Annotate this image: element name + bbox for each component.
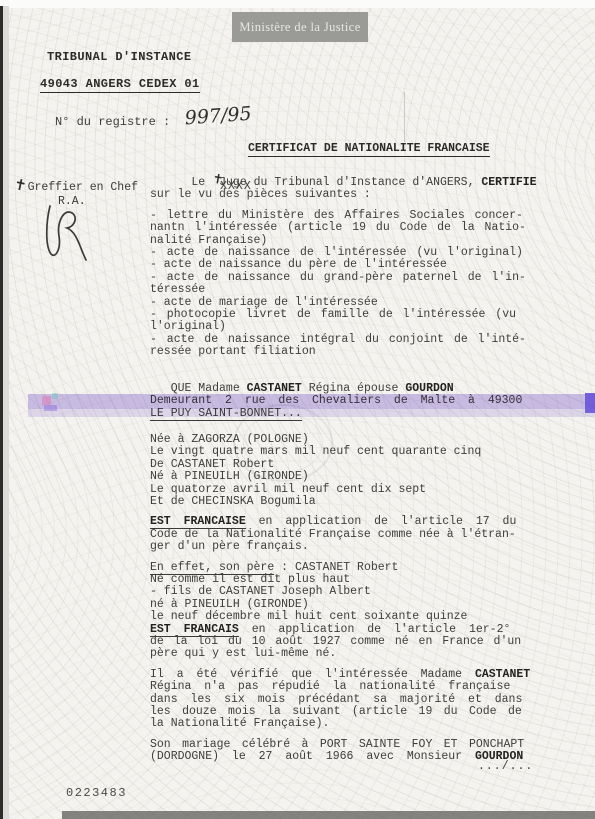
text-segment: en application de l'article 1er-2° [239,623,511,636]
text-segment: sur le vu des pièces suivantes : [150,188,371,201]
text-segment: Régina n'a pas répudié la nationalité fr… [150,680,510,693]
text-segment: Née à ZAGORZA (POLOGNE) [150,433,309,446]
text-segment: CERTIFIE [481,176,536,189]
scan-artifact-purple [44,405,57,411]
paragraph: QUE Madame CASTANET Régina épouse GOURDO… [150,383,534,420]
document-title: CERTIFICAT DE NATIONALITE FRANCAISE [248,142,490,157]
court-address: 49043 ANGERS CEDEX 01 [40,77,200,93]
text-segment: le neuf décembre mil huit cent soixante … [150,610,467,623]
paragraph: EST FRANCAISE en application de l'articl… [150,516,534,553]
text-segment: les douze mois la suivant (article 19 du… [150,705,522,718]
text-segment: GOURDON [405,382,453,395]
text-segment: (DORDOGNE) le 27 août 1966 avec Monsieur [150,750,475,763]
document-line: la Nationalité Française). [150,718,534,730]
document-line: père qui y est lui-même né. [150,648,534,660]
text-segment: ressée portant filiation [150,345,316,358]
text-segment: né à PINEUILH (GIRONDE) [150,598,309,611]
paragraph: Son mariage célébré à PORT SAINTE FOY ET… [150,739,534,764]
text-segment: - photocopie livret de famille de l'inté… [150,308,516,321]
paragraph: Née à ZAGORZA (POLOGNE)Le vingt quatre m… [150,434,534,508]
paragraph: - lettre du Ministère des Affaires Socia… [150,210,534,359]
text-segment: père qui y est lui-même né. [150,647,336,660]
text-segment: - acte de naissance du père de l'intéres… [150,258,447,271]
registry-line: N° du registre : 997/95 [55,108,252,130]
text-segment: Né à PINEUILH (GIRONDE) [150,470,309,483]
text-segment: QUE Madame [150,382,247,395]
greffier-label: Greffier en Chef [28,181,138,194]
scan-artifact-pink [42,396,51,405]
document-line: LE PUY SAINT-BONNET... [150,408,534,420]
handwritten-paraph-icon [36,202,98,268]
text-segment: - acte de naissance de l'intéressée (vu … [150,246,523,259]
text-segment: LE PUY SAINT-BONNET... [150,407,302,421]
text-segment: téressée [150,283,205,296]
text-segment: - fils de CASTANET Joseph Albert [150,585,371,598]
ministry-banner-label: Ministère de la Justice [239,20,360,35]
greffier-line: ✝Greffier en Chef [14,176,154,194]
document-line: Et de CHECINSKA Bogumila [150,496,534,508]
registry-number-handwritten: 997/95 [185,103,253,130]
text-segment: Juge [219,176,247,189]
text-segment: du Tribunal d'Instance d'ANGERS, [247,176,482,189]
text-segment: Et de CHECINSKA Bogumila [150,495,316,508]
scan-edge-bottom [62,811,595,819]
text-segment: Code de la Nationalité Française comme n… [150,528,516,541]
document-line: ressée portant filiation [150,346,534,358]
text-segment: - acte de naissance du grand-père patern… [150,271,526,284]
paper-crease [404,92,405,142]
text-segment: - lettre du Ministère des Affaires Socia… [150,209,523,222]
text-segment: Le quatorze avril mil neuf cent dix sept [150,483,426,496]
text-segment: en application de l'article 17 du [246,515,517,528]
text-segment: - acte de naissance intégral du conjoint… [150,333,526,346]
text-segment: dans les six mois précédant sa majorité … [150,693,522,706]
text-segment: Demeurant 2 rue des Chevaliers de Malte … [150,394,522,407]
text-segment: Le [150,176,212,189]
text-segment: la Nationalité Française). [150,717,329,730]
paragraph: Il a été vérifié que l'intéressée Madame… [150,669,534,731]
text-segment: - acte de mariage de l'intéressée [150,296,378,309]
court-name: TRIBUNAL D'INSTANCE [47,50,191,64]
text-segment: nantn l'intéressée (article 19 du Code d… [150,221,526,234]
text-segment: de la loi du 10 août 1927 comme né en Fr… [150,635,521,648]
document-line: Le ✝Juge du Tribunal d'Instance d'ANGERS… [150,176,534,189]
text-segment: nalité Française) [150,234,267,247]
text-segment: Le vingt quatre mars mil neuf cent quara… [150,445,481,458]
text-segment: : CASTANET Robert [274,561,398,574]
text-segment: Son mariage célébré à PORT SAINTE FOY ET… [150,738,524,751]
document-line: sur le vu des pièces suivantes : [150,189,534,201]
handwritten-cross-icon: ✝ [12,175,28,195]
scan-edge-left-light [3,6,9,819]
text-segment: GOURDON [475,750,523,763]
text-segment: Régina épouse [302,382,406,395]
highlighter-edge-blob [585,393,595,413]
text-segment: CASTANET [475,668,530,681]
scanned-certificate-page: Ministère de la Justice TRIBUNAL D'INSTA… [0,0,595,819]
text-segment: Né comme il est dit plus haut [150,573,350,586]
ministry-banner: Ministère de la Justice [232,12,368,42]
text-segment: CASTANET [247,382,302,395]
document-line: ger d'un père français. [150,541,534,553]
text-segment: ger d'un père français. [150,540,309,553]
registry-label: N° du registre : [55,115,170,129]
paragraph: En effet, son père : CASTANET RobertNé c… [150,562,534,661]
form-serial-number: 0223483 [66,786,127,800]
paragraph: Le ✝Juge du Tribunal d'Instance d'ANGERS… [150,176,534,202]
document-line: - acte de naissance du grand-père patern… [150,272,534,284]
text-segment: Il a été vérifié que l'intéressée Madame [150,668,475,681]
scan-edge-top [0,0,595,8]
text-segment: De CASTANET Robert [150,458,274,471]
scan-artifact-teal [52,393,58,399]
text-segment: l'original) [150,320,226,333]
document-body: Le ✝Juge du Tribunal d'Instance d'ANGERS… [150,176,534,764]
document-line: (DORDOGNE) le 27 août 1966 avec Monsieur… [150,751,534,763]
document-line: Demeurant 2 rue des Chevaliers de Malte … [150,395,534,407]
